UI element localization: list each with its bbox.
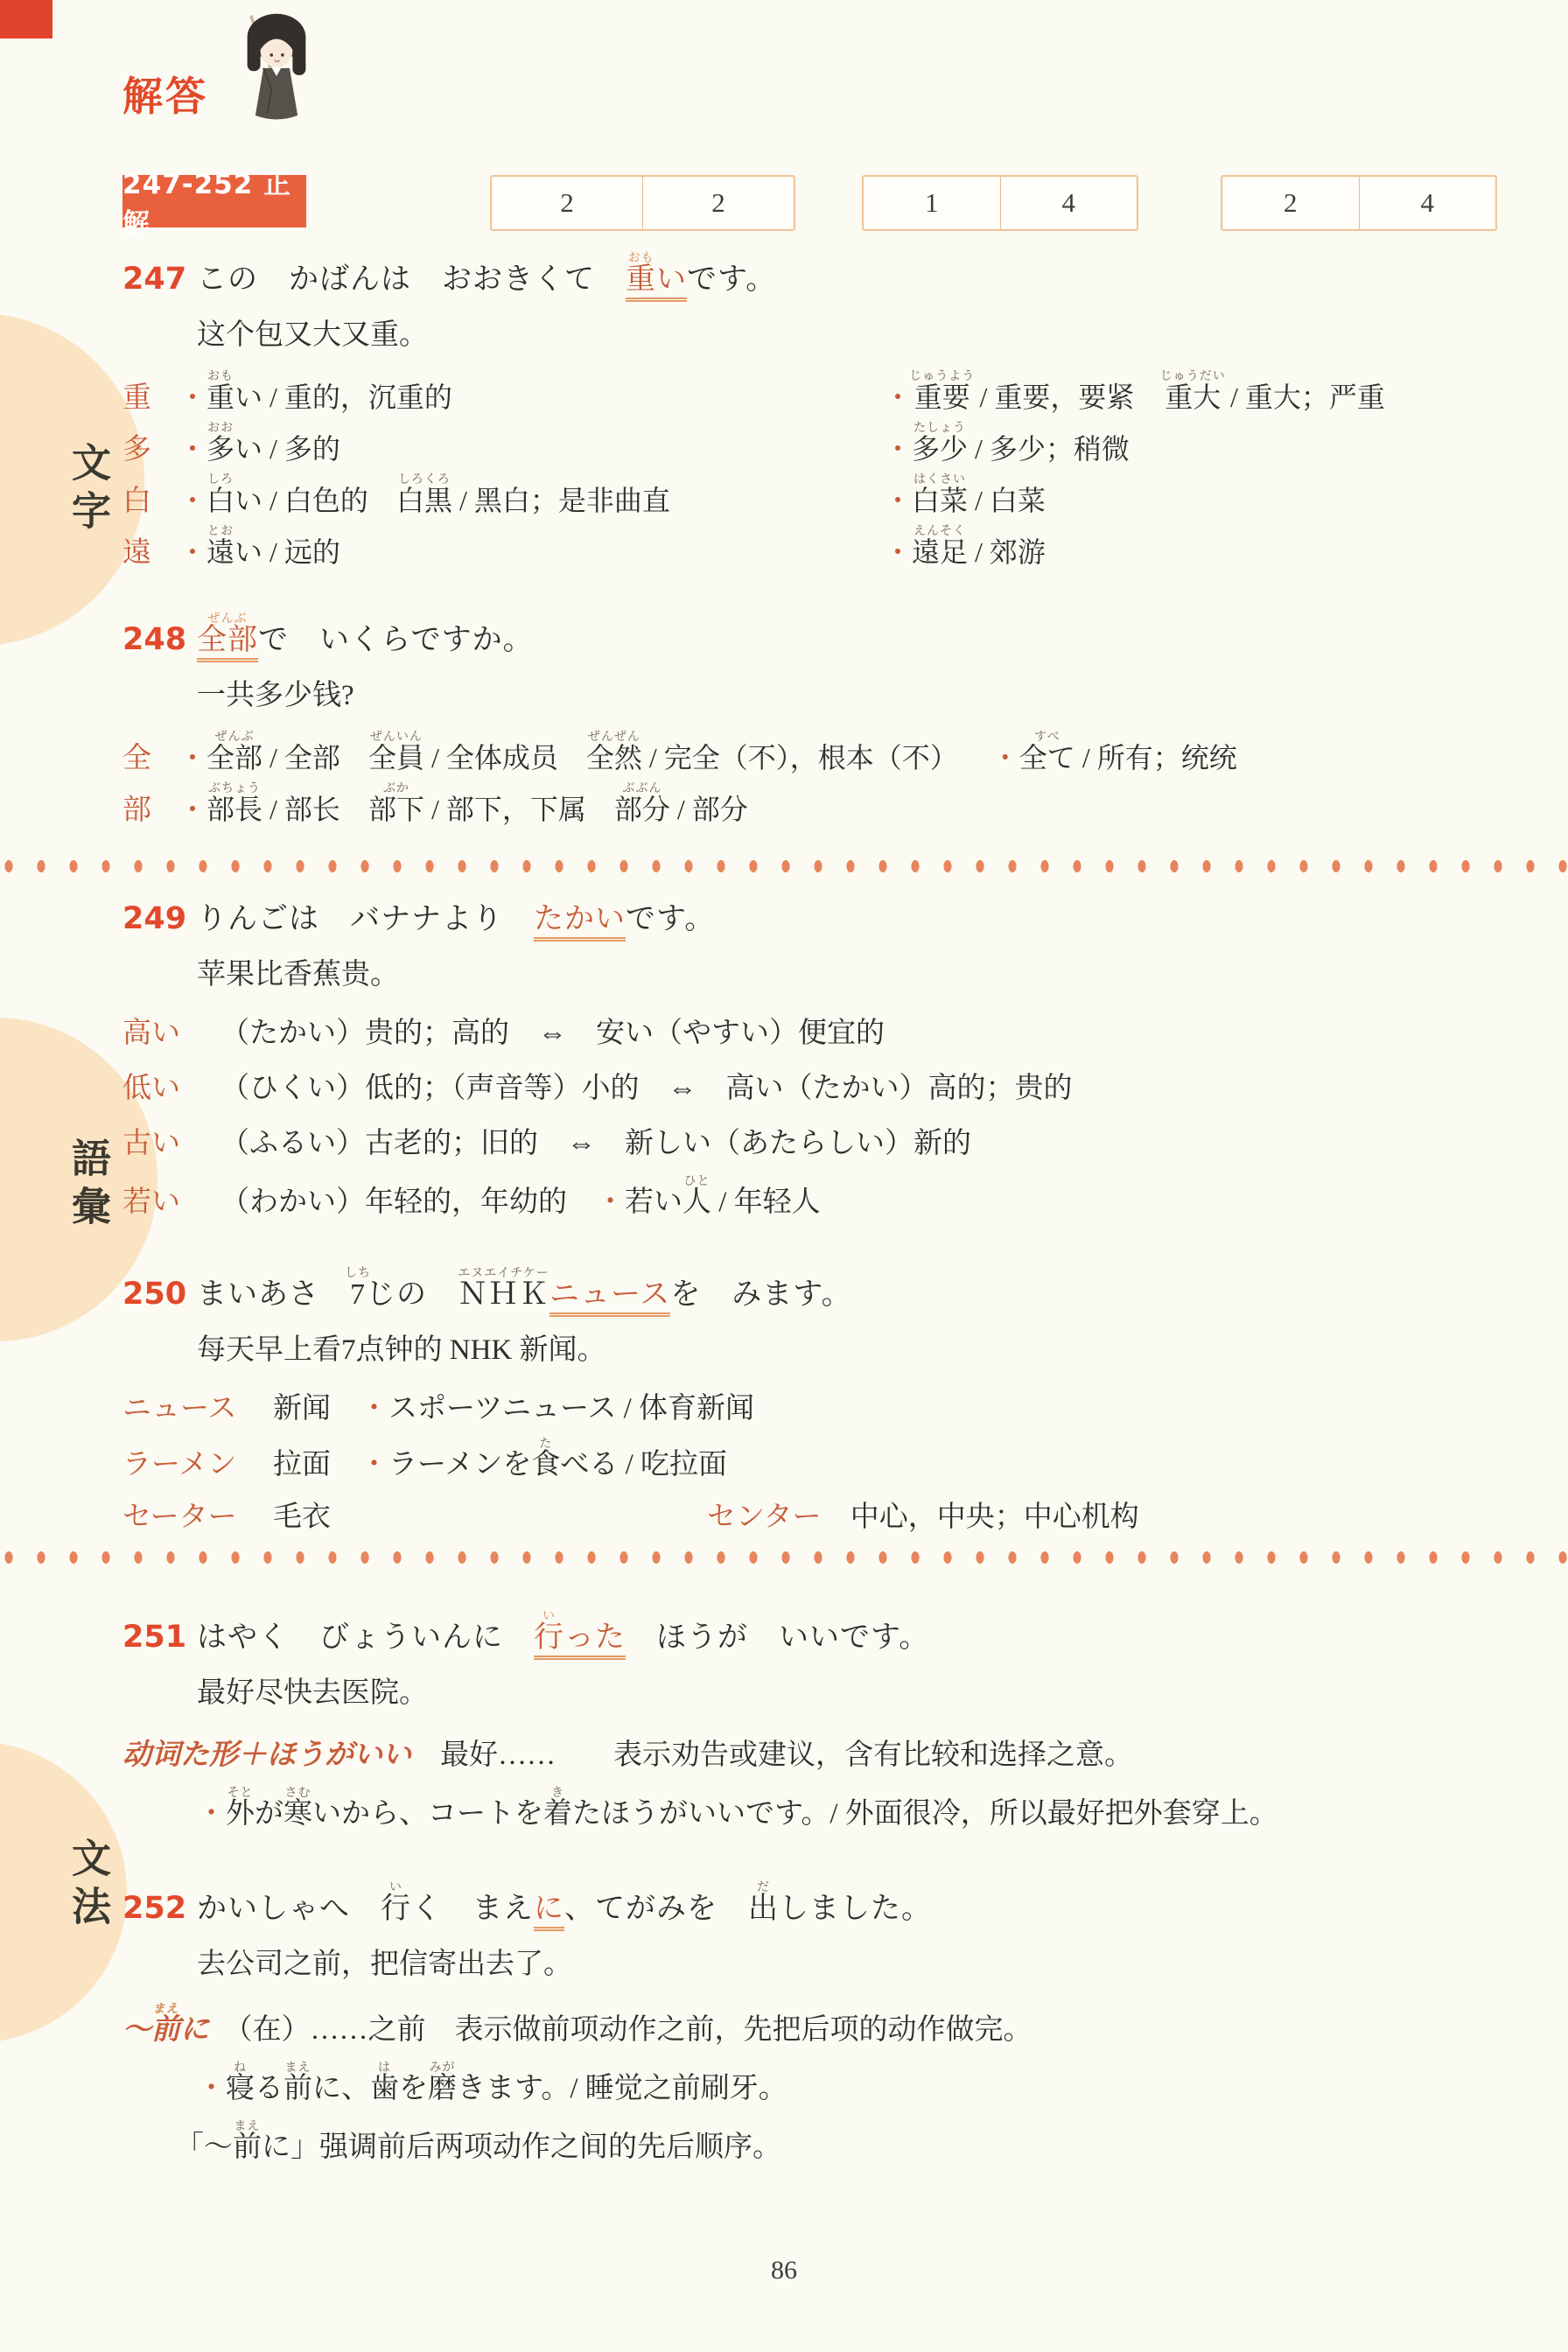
section-249: 249 りんごは バナナより たかいです。 苹果比香蕉贵。 高い （たかい）贵的…	[122, 894, 1487, 1234]
question-number: 247	[122, 262, 197, 297]
vocab-list: 全 ・全部ぜんぶ / 全部 全員ぜんいん / 全体成员 全然ぜんぜん / 完全（…	[122, 731, 1487, 828]
example-sentence: ・外そとが寒さむいから、コートを着きたほうがいいです。/ 外面很冷，所以最好把外…	[197, 1787, 1487, 1831]
answer-cell: 2	[492, 177, 642, 229]
question-number: 248	[122, 622, 197, 657]
answer-cell: 4	[1000, 177, 1137, 229]
page-corner-mark	[0, 0, 52, 38]
question-line: 250 まいあさ 7しちじの ＮＨＫエヌエイチケーニュースを みます。	[122, 1267, 1487, 1312]
answer-group-2: 1 4	[862, 175, 1138, 231]
question-line: 249 りんごは バナナより たかいです。	[122, 894, 1487, 937]
vocab-entries-left: ・重おもい / 重的，沉重的	[178, 370, 884, 416]
section-250: 250 まいあさ 7しちじの ＮＨＫエヌエイチケーニュースを みます。 每天早上…	[122, 1267, 1487, 1546]
question-line: 252 かいしゃへ 行いく まえに、てがみを 出だしました。	[122, 1881, 1487, 1927]
vocab-entries: ・全部ぜんぶ / 全部 全員ぜんいん / 全体成员 全然ぜんぜん / 完全（不）…	[178, 731, 1487, 776]
answer-bar: 247-252 正解 2 2 1 4 2 4	[0, 175, 1568, 229]
vocab-entries-left: ・白しろい / 白色的 白黒しろくろ / 黑白；是非曲直	[178, 473, 884, 519]
vocab-row: 高い （たかい）贵的；高的 ⇔ 安い（やすい）便宜的	[122, 1010, 1487, 1051]
vocab-row: セーター 毛衣センター 中心，中央；中心机构	[122, 1494, 1487, 1535]
question-sentence: まいあさ 7しちじの ＮＨＫエヌエイチケーニュースを みます。	[197, 1267, 852, 1312]
question-sentence: はやく びょういんに 行いった ほうが いいです。	[197, 1610, 929, 1655]
vocab-head-kanji: 遠	[122, 529, 178, 570]
vocab-list: ニュース 新闻 ・スポーツニュース / 体育新闻 ラーメン 拉面 ・ラーメンを食…	[122, 1385, 1487, 1535]
vocab-headword: 低い	[122, 1065, 220, 1106]
question-line: 251 はやく びょういんに 行いった ほうが いいです。	[122, 1610, 1487, 1655]
vocab-row: 古い （ふるい）古老的；旧的 ⇔ 新しい（あたらしい）新的	[122, 1120, 1487, 1161]
vocab-entries: ・部長ぶちょう / 部长 部下ぶか / 部下，下属 部分ぶぶん / 部分	[178, 782, 1487, 828]
translation: 每天早上看7点钟的 NHK 新闻。	[197, 1326, 1487, 1368]
translation: 去公司之前，把信寄出去了。	[197, 1941, 1487, 1982]
vocab-headword: セーター	[122, 1494, 273, 1535]
translation: 这个包又大又重。	[197, 311, 1487, 353]
vocab-entry: 新闻 ・スポーツニュース / 体育新闻	[273, 1385, 1487, 1426]
vocab-row: 若い （わかい）年轻的，年幼的 ・若い人ひと / 年轻人	[122, 1175, 1487, 1220]
question-line: 247 この かばんは おおきくて 重おもいです。	[122, 252, 1487, 297]
answer-cell: 2	[642, 177, 794, 229]
grammar-point: ～前まえに （在）……之前 表示做前项动作之前，先把后项的动作做完。	[122, 2003, 1487, 2047]
section-247: 247 この かばんは おおきくて 重おもいです。 这个包又大又重。 重 ・重お…	[122, 252, 1487, 577]
example-sentence: ・寝ねる前まえに、歯はを磨みがきます。/ 睡觉之前刷牙。	[197, 2061, 1487, 2106]
vocab-entry: 毛衣センター 中心，中央；中心机构	[273, 1494, 1487, 1535]
question-sentence: かいしゃへ 行いく まえに、てがみを 出だしました。	[197, 1881, 932, 1927]
vocab-row: 低い （ひくい）低的；（声音等）小的 ⇔ 高い（たかい）高的；贵的	[122, 1065, 1487, 1106]
vocab-entry: （ふるい）古老的；旧的 ⇔ 新しい（あたらしい）新的	[220, 1120, 1487, 1161]
question-number: 249	[122, 901, 197, 936]
vocab-row: ラーメン 拉面 ・ラーメンを食たべる / 吃拉面	[122, 1438, 1487, 1482]
answer-cell: 2	[1222, 177, 1359, 229]
answer-group-3: 2 4	[1221, 175, 1497, 231]
question-number: 250	[122, 1277, 197, 1312]
answer-range-label: 247-252 正解	[122, 175, 306, 227]
page-number: 86	[0, 2256, 1568, 2285]
vocab-row: 全 ・全部ぜんぶ / 全部 全員ぜんいん / 全体成员 全然ぜんぜん / 完全（…	[122, 731, 1487, 776]
grammar-point: 动词た形＋ほうがいい 最好…… 表示劝告或建议，含有比较和选择之意。	[122, 1732, 1487, 1773]
dotted-divider	[0, 1549, 1568, 1566]
vocab-entry: （わかい）年轻的，年幼的 ・若い人ひと / 年轻人	[220, 1175, 1487, 1220]
vocab-row: 遠 ・遠とおい / 远的 ・遠足えんそく / 郊游	[122, 525, 1487, 570]
translation: 苹果比香蕉贵。	[197, 951, 1487, 992]
question-number: 252	[122, 1891, 197, 1926]
vocab-entries-left: ・多おおい / 多的	[178, 422, 884, 467]
vocab-head-kanji: 部	[122, 787, 178, 828]
answer-group-1: 2 2	[490, 175, 795, 231]
question-sentence: りんごは バナナより たかいです。	[197, 894, 715, 937]
vocab-head-kanji: 重	[122, 374, 178, 416]
vocab-headword: ラーメン	[122, 1441, 273, 1482]
vocab-head-kanji: 全	[122, 735, 178, 776]
vocab-headword: 古い	[122, 1120, 220, 1161]
section-248: 248 全部ぜんぶで いくらですか。 一共多少钱? 全 ・全部ぜんぶ / 全部 …	[122, 612, 1487, 834]
translation: 一共多少钱?	[197, 672, 1487, 713]
vocab-headword: ニュース	[122, 1385, 273, 1426]
textbook-answer-page: { "header": { "title": "解答" }, "answer_b…	[0, 0, 1568, 2352]
question-sentence: 全部ぜんぶで いくらですか。	[197, 612, 534, 658]
question-sentence: この かばんは おおきくて 重おもいです。	[197, 252, 776, 297]
vocab-entry: 拉面 ・ラーメンを食たべる / 吃拉面	[273, 1438, 1487, 1482]
vocab-row: 重 ・重おもい / 重的，沉重的 ・重要じゅうよう / 重要，要紧 重大じゅうだ…	[122, 370, 1487, 416]
vocab-entry: （たかい）贵的；高的 ⇔ 安い（やすい）便宜的	[220, 1010, 1487, 1051]
teacher-girl-illustration	[220, 9, 332, 129]
translation: 最好尽快去医院。	[197, 1669, 1487, 1711]
section-251: 251 はやく びょういんに 行いった ほうが いいです。 最好尽快去医院。 动…	[122, 1610, 1487, 1831]
answer-key-title: 解答	[122, 65, 208, 129]
vocab-headword: 若い	[122, 1179, 220, 1220]
page-header: 解答	[122, 9, 332, 129]
question-number: 251	[122, 1620, 197, 1655]
vocab-list: 重 ・重おもい / 重的，沉重的 ・重要じゅうよう / 重要，要紧 重大じゅうだ…	[122, 370, 1487, 570]
answer-cell: 1	[864, 177, 1000, 229]
sidebar-tab-goi: 語彙	[59, 1137, 116, 1234]
vocab-entries-right: ・遠足えんそく / 郊游	[884, 525, 1487, 570]
sidebar-tab-moji: 文字	[59, 442, 116, 538]
grammar-note: 「～前まえに」强调前后两项动作之间的先后顺序。	[175, 2120, 1487, 2165]
vocab-entries-left: ・遠とおい / 远的	[178, 525, 884, 570]
vocab-row: 白 ・白しろい / 白色的 白黒しろくろ / 黑白；是非曲直 ・白菜はくさい /…	[122, 473, 1487, 519]
section-252: 252 かいしゃへ 行いく まえに、てがみを 出だしました。 去公司之前，把信寄…	[122, 1881, 1487, 2165]
vocab-row: 多 ・多おおい / 多的 ・多少たしょう / 多少；稍微	[122, 422, 1487, 467]
dotted-divider	[0, 857, 1568, 875]
vocab-row: 部 ・部長ぶちょう / 部长 部下ぶか / 部下，下属 部分ぶぶん / 部分	[122, 782, 1487, 828]
vocab-list: 高い （たかい）贵的；高的 ⇔ 安い（やすい）便宜的 低い （ひくい）低的；（声…	[122, 1010, 1487, 1220]
sidebar-tab-bunpou: 文法	[59, 1837, 116, 1934]
answer-cell: 4	[1359, 177, 1496, 229]
vocab-head-kanji: 白	[122, 478, 178, 519]
vocab-entries-right: ・白菜はくさい / 白菜	[884, 473, 1487, 519]
vocab-headword: 高い	[122, 1010, 220, 1051]
vocab-head-kanji: 多	[122, 426, 178, 467]
vocab-entries-right: ・多少たしょう / 多少；稍微	[884, 422, 1487, 467]
vocab-entries-right: ・重要じゅうよう / 重要，要紧 重大じゅうだい / 重大；严重	[884, 370, 1487, 416]
vocab-entry: （ひくい）低的；（声音等）小的 ⇔ 高い（たかい）高的；贵的	[220, 1065, 1487, 1106]
question-line: 248 全部ぜんぶで いくらですか。	[122, 612, 1487, 658]
vocab-row: ニュース 新闻 ・スポーツニュース / 体育新闻	[122, 1385, 1487, 1426]
